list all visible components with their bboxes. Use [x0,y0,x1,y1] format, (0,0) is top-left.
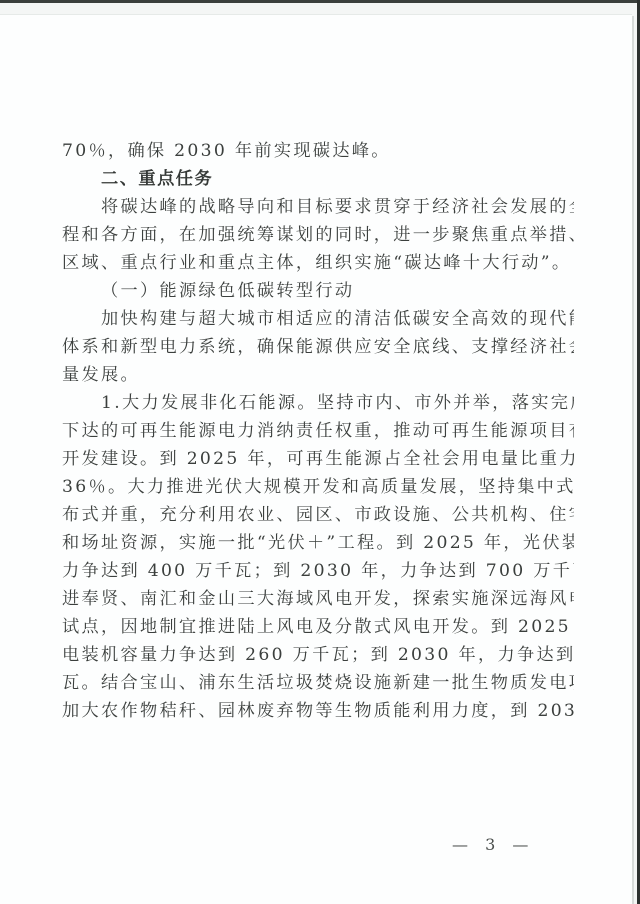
paragraph-line: 区域、重点行业和重点主体，组织实施“碳达峰十大行动”。 [62,249,574,277]
paragraph-line: 程和各方面，在加强统筹谋划的同时，进一步聚焦重点举措、重点 [62,221,574,249]
paragraph-line: 力争达到 400 万千瓦；到 2030 年，力争达到 700 万千瓦。加快推 [62,557,574,585]
paragraph-line: 量发展。 [62,361,574,389]
paragraph-line: 电装机容量力争达到 260 万千瓦；到 2030 年，力争达到 500 万千 [62,641,574,669]
subsection-heading-energy-transition: （一）能源绿色低碳转型行动 [62,277,574,305]
paragraph-line-target-continuation: 70％，确保 2030 年前实现碳达峰。 [62,137,574,165]
paragraph-line: 瓦。结合宝山、浦东生活垃圾焚烧设施新建一批生物质发电项目， [62,669,574,697]
paragraph-line: 将碳达峰的战略导向和目标要求贯穿于经济社会发展的全过 [62,193,574,221]
page-number: — 3 — [452,835,534,854]
document-body: 70％，确保 2030 年前实现碳达峰。 二、重点任务 将碳达峰的战略导向和目标… [62,137,574,725]
paragraph-line: 36％。大力推进光伏大规模开发和高质量发展，坚持集中式与分 [62,473,574,501]
paragraph-line: 下达的可再生能源电力消纳责任权重，推动可再生能源项目有序 [62,417,574,445]
paragraph-line: 体系和新型电力系统，确保能源供应安全底线、支撑经济社会高质 [62,333,574,361]
scan-right-shadow [632,16,634,904]
section-heading-key-tasks: 二、重点任务 [62,165,574,193]
paragraph-line: 加大农作物秸秆、园林废弃物等生物质能利用力度，到 2030 年，生 [62,697,574,725]
paragraph-line-item-1: 1.大力发展非化石能源。坚持市内、市外并举，落实完成国家 [62,389,574,417]
paragraph-line: 布式并重，充分利用农业、园区、市政设施、公共机构、住宅等土地 [62,501,574,529]
scan-top-edge [0,0,640,3]
paragraph-line: 加快构建与超大城市相适应的清洁低碳安全高效的现代能源 [62,305,574,333]
document-page: 70％，确保 2030 年前实现碳达峰。 二、重点任务 将碳达峰的战略导向和目标… [0,14,632,904]
paragraph-line: 和场址资源，实施一批“光伏＋”工程。到 2025 年，光伏装机容量 [62,529,574,557]
paragraph-line: 试点，因地制宜推进陆上风电及分散式风电开发。到 2025 年，风 [62,613,574,641]
paragraph-line: 进奉贤、南汇和金山三大海域风电开发，探索实施深远海风电示范 [62,585,574,613]
paragraph-line: 开发建设。到 2025 年，可再生能源占全社会用电量比重力争达到 [62,445,574,473]
